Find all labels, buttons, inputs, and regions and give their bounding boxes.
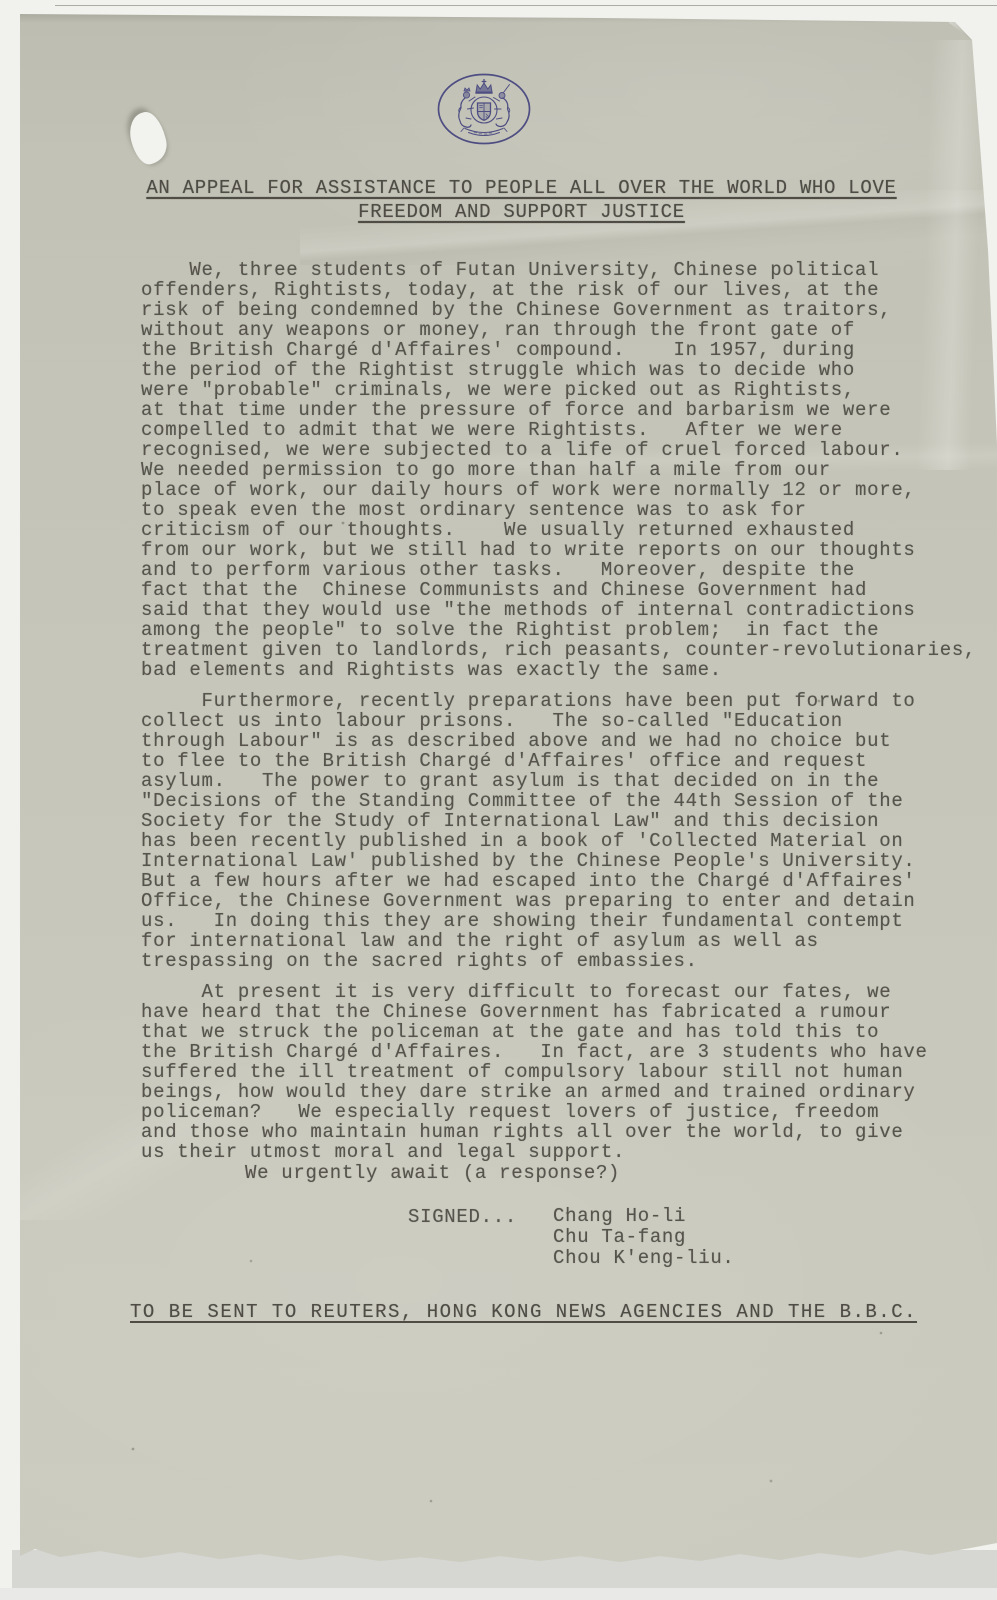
- paper-specks: [0, 0, 2, 2]
- paper-sheet: AN APPEAL FOR ASSISTANCE TO PEOPLE ALL O…: [0, 0, 997, 1600]
- scanner-bed-highlight: [0, 1588, 997, 1600]
- document-title: AN APPEAL FOR ASSISTANCE TO PEOPLE ALL O…: [145, 176, 898, 224]
- paper-top-shadow: [20, 14, 997, 23]
- paper-corner-fold: [948, 22, 974, 42]
- paragraph-2: Furthermore, recently preparations have …: [141, 691, 993, 971]
- signatory-names: Chang Ho-li Chu Ta-fang Chou K'eng-liu.: [553, 1206, 735, 1269]
- distribution-note: TO BE SENT TO REUTERS, HONG KONG NEWS AG…: [130, 1301, 917, 1323]
- await-response-line: We urgently await (a response?): [245, 1162, 620, 1184]
- signed-label: SIGNED...: [408, 1206, 517, 1228]
- paper-tear-spot: [125, 109, 171, 168]
- paragraph-1: We, three students of Futan University, …: [141, 260, 993, 680]
- document-title-line1: AN APPEAL FOR ASSISTANCE TO PEOPLE ALL O…: [146, 177, 896, 199]
- scanned-document-page: AN APPEAL FOR ASSISTANCE TO PEOPLE ALL O…: [0, 0, 997, 1600]
- scan-edge-line: [55, 5, 997, 6]
- paragraph-3: At present it is very difficult to forec…: [141, 982, 993, 1162]
- royal-coat-of-arms-icon: [436, 72, 532, 146]
- document-title-line2: FREEDOM AND SUPPORT JUSTICE: [358, 201, 685, 223]
